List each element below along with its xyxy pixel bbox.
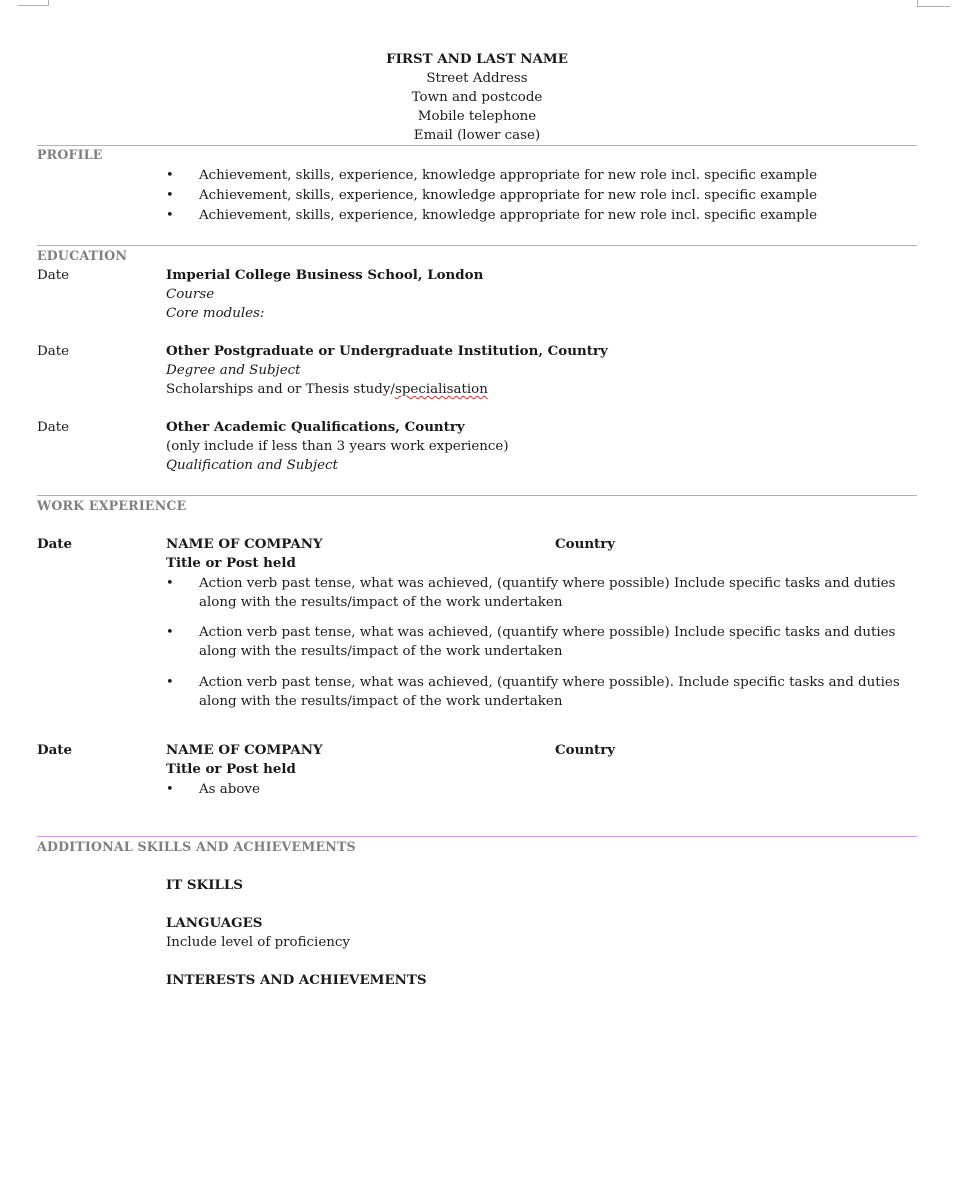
work-bullet-line: along with the results/impact of the wor… — [199, 692, 562, 711]
bullet-icon: • — [166, 780, 174, 799]
work-company: NAME OF COMPANY — [166, 535, 323, 554]
work-bullet-line: Action verb past tense, what was achieve… — [199, 673, 900, 692]
email: Email (lower case) — [0, 126, 954, 145]
page-corner-mark-left — [18, 0, 49, 6]
education-core-modules: Core modules: — [166, 304, 264, 323]
section-divider — [37, 495, 917, 496]
section-heading-profile: PROFILE — [37, 147, 103, 162]
bullet-icon: • — [166, 206, 174, 225]
work-bullet-line: Action verb past tense, what was achieve… — [199, 623, 895, 642]
languages-heading: LANGUAGES — [166, 914, 262, 933]
education-scholarships: Scholarships and or Thesis study/special… — [166, 380, 488, 399]
section-divider — [37, 145, 917, 146]
work-country: Country — [555, 535, 615, 554]
education-institution: Other Academic Qualifications, Country — [166, 418, 465, 437]
work-bullet-line: along with the results/impact of the wor… — [199, 593, 562, 612]
scholarships-text: Scholarships and or Thesis study/ — [166, 382, 395, 397]
work-title: Title or Post held — [166, 760, 296, 779]
education-date: Date — [37, 418, 69, 437]
education-institution: Other Postgraduate or Undergraduate Inst… — [166, 342, 608, 361]
work-company: NAME OF COMPANY — [166, 741, 323, 760]
languages-note: Include level of proficiency — [166, 933, 350, 952]
section-heading-education: EDUCATION — [37, 248, 127, 263]
interests-heading: INTERESTS AND ACHIEVEMENTS — [166, 971, 427, 990]
section-heading-additional-skills: ADDITIONAL SKILLS AND ACHIEVEMENTS — [37, 839, 356, 854]
profile-item: Achievement, skills, experience, knowled… — [199, 186, 817, 205]
bullet-icon: • — [166, 574, 174, 593]
work-title: Title or Post held — [166, 554, 296, 573]
section-divider — [37, 836, 917, 837]
education-date: Date — [37, 266, 69, 285]
section-divider — [37, 245, 917, 246]
it-skills-heading: IT SKILLS — [166, 876, 243, 895]
page-corner-mark-right — [917, 0, 950, 7]
education-institution: Imperial College Business School, London — [166, 266, 483, 285]
work-bullet-line: As above — [199, 780, 260, 799]
mobile-telephone: Mobile telephone — [0, 107, 954, 126]
education-date: Date — [37, 342, 69, 361]
work-bullet-line: along with the results/impact of the wor… — [199, 642, 562, 661]
profile-item: Achievement, skills, experience, knowled… — [199, 206, 817, 225]
street-address: Street Address — [0, 69, 954, 88]
education-course: Course — [166, 285, 214, 304]
work-country: Country — [555, 741, 615, 760]
bullet-icon: • — [166, 166, 174, 185]
town-postcode: Town and postcode — [0, 88, 954, 107]
work-date: Date — [37, 741, 72, 760]
work-bullet-line: Action verb past tense, what was achieve… — [199, 574, 895, 593]
education-degree: Degree and Subject — [166, 361, 301, 380]
education-qualification: Qualification and Subject — [166, 456, 338, 475]
education-note: (only include if less than 3 years work … — [166, 437, 509, 456]
bullet-icon: • — [166, 623, 174, 642]
candidate-name: FIRST AND LAST NAME — [0, 50, 954, 69]
bullet-icon: • — [166, 186, 174, 205]
spellcheck-flagged-word[interactable]: specialisation — [395, 382, 488, 397]
work-date: Date — [37, 535, 72, 554]
section-heading-work-experience: WORK EXPERIENCE — [37, 498, 186, 513]
bullet-icon: • — [166, 673, 174, 692]
profile-item: Achievement, skills, experience, knowled… — [199, 166, 817, 185]
